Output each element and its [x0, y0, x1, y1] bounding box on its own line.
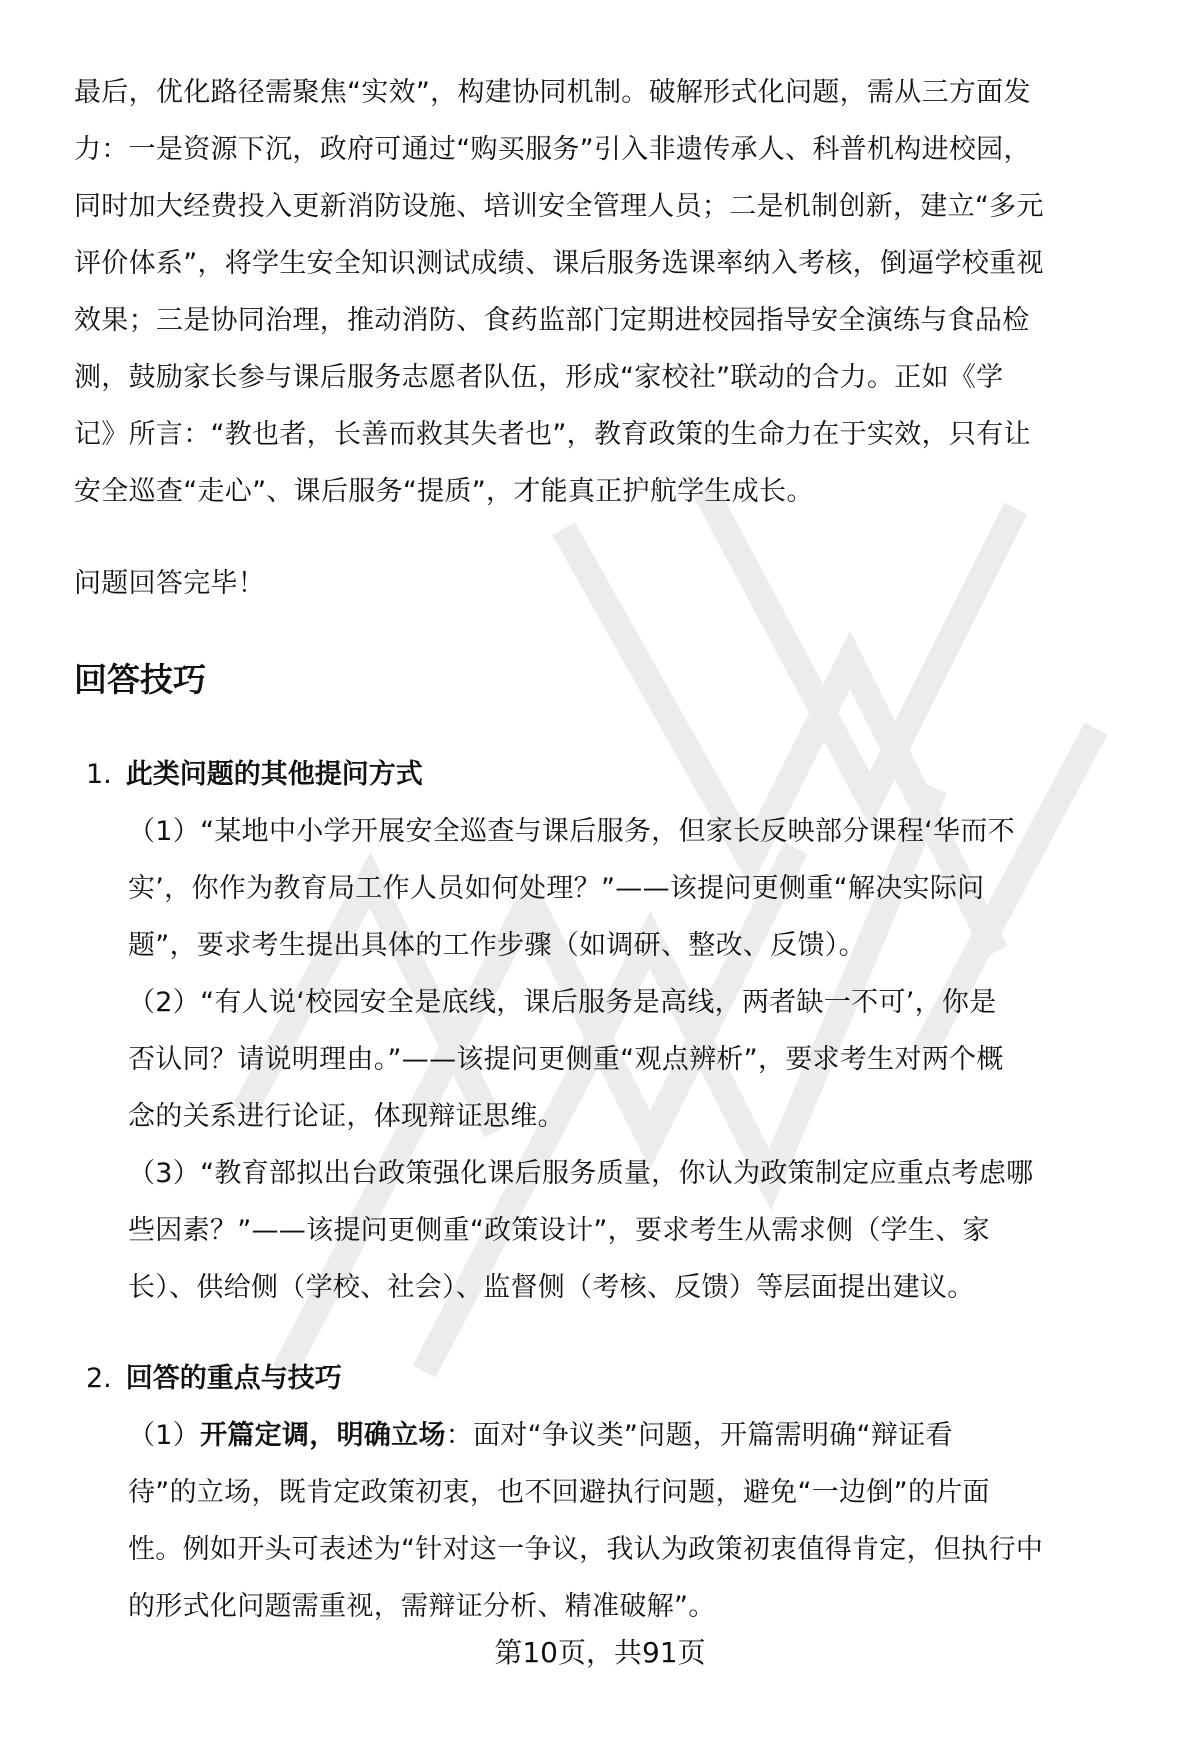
item-text: ：面对“争议类”问题，开篇需明确“辩证看 — [446, 1420, 953, 1451]
page-number-footer: 第10页，共91页 — [0, 1636, 1200, 1670]
list-item-line: 些因素？”——该提问更侧重“政策设计”，要求考生从需求侧（学生、家 — [128, 1214, 990, 1248]
subsection-number: 1. — [86, 759, 112, 790]
list-item-line: 实’，你作为教育局工作人员如何处理？”——该提问更侧重“解决实际问 — [128, 872, 984, 906]
paragraph-line: 最后，优化路径需聚焦“实效”，构建协同机制。破解形式化问题，需从三方面发 — [74, 76, 1031, 110]
list-item-line: 长）、供给侧（学校、社会）、监督侧（考核、反馈）等层面提出建议。 — [128, 1271, 975, 1305]
list-item-line: 念的关系进行论证，体现辩证思维。 — [128, 1100, 565, 1134]
list-item-line: 题”，要求考生提出具体的工作步骤（如调研、整改、反馈）。 — [128, 929, 866, 963]
list-item-line: 待”的立场，既肯定政策初衷，也不回避执行问题，避免“一边倒”的片面 — [128, 1476, 990, 1510]
list-item-line: （1）“某地中小学开展安全巡查与课后服务，但家长反映部分课程‘华而不 — [128, 815, 1015, 849]
paragraph-line: 效果；三是协同治理，推动消防、食药监部门定期进校园指导安全演练与食品检 — [74, 304, 1030, 338]
section-heading: 回答技巧 — [74, 660, 206, 700]
subsection-number: 2. — [86, 1363, 112, 1394]
paragraph-line: 记》所言：“教也者，长善而救其失者也”，教育政策的生命力在于实效，只有让 — [74, 418, 1031, 452]
subsection-title: 回答的重点与技巧 — [126, 1363, 342, 1394]
list-item-line: （3）“教育部拟出台政策强化课后服务质量，你认为政策制定应重点考虑哪 — [128, 1157, 1033, 1191]
list-item-line: （1）开篇定调，明确立场：面对“争议类”问题，开篇需明确“辩证看 — [128, 1419, 953, 1453]
list-item-line: 性。例如开头可表述为“针对这一争议，我认为政策初衷值得肯定，但执行中 — [128, 1533, 1043, 1567]
paragraph-line: 评价体系”，将学生安全知识测试成绩、课后服务选课率纳入考核，倒逼学校重视 — [74, 247, 1044, 281]
list-item-line: 否认同？请说明理由。”——该提问更侧重“观点辨析”，要求考生对两个概 — [128, 1043, 1004, 1077]
paragraph-line: 测，鼓励家长参与课后服务志愿者队伍，形成“家校社”联动的合力。正如《学 — [74, 361, 1003, 395]
document-page: 最后，优化路径需聚焦“实效”，构建协同机制。破解形式化问题，需从三方面发 力：一… — [0, 0, 1200, 1755]
paragraph-line: 同时加大经费投入更新消防设施、培训安全管理人员；二是机制创新，建立“多元 — [74, 190, 1044, 224]
list-item-line: （2）“有人说‘校园安全是底线，课后服务是高线，两者缺一不可’，你是 — [128, 986, 997, 1020]
list-item-line: 的形式化问题需重视，需辩证分析、精准破解”。 — [128, 1590, 716, 1624]
item-bold-lead: 开篇定调，明确立场 — [200, 1420, 446, 1451]
paragraph-line: 力：一是资源下沉，政府可通过“购买服务”引入非遗传承人、科普机构进校园， — [74, 133, 1031, 167]
subsection-heading-2: 2.回答的重点与技巧 — [86, 1362, 342, 1396]
subsection-heading-1: 1.此类问题的其他提问方式 — [86, 758, 423, 792]
paragraph-line: 安全巡查“走心”、课后服务“提质”，才能真正护航学生成长。 — [74, 475, 814, 509]
item-prefix: （1） — [128, 1420, 200, 1451]
subsection-title: 此类问题的其他提问方式 — [126, 759, 423, 790]
answer-end-text: 问题回答完毕！ — [74, 567, 265, 601]
